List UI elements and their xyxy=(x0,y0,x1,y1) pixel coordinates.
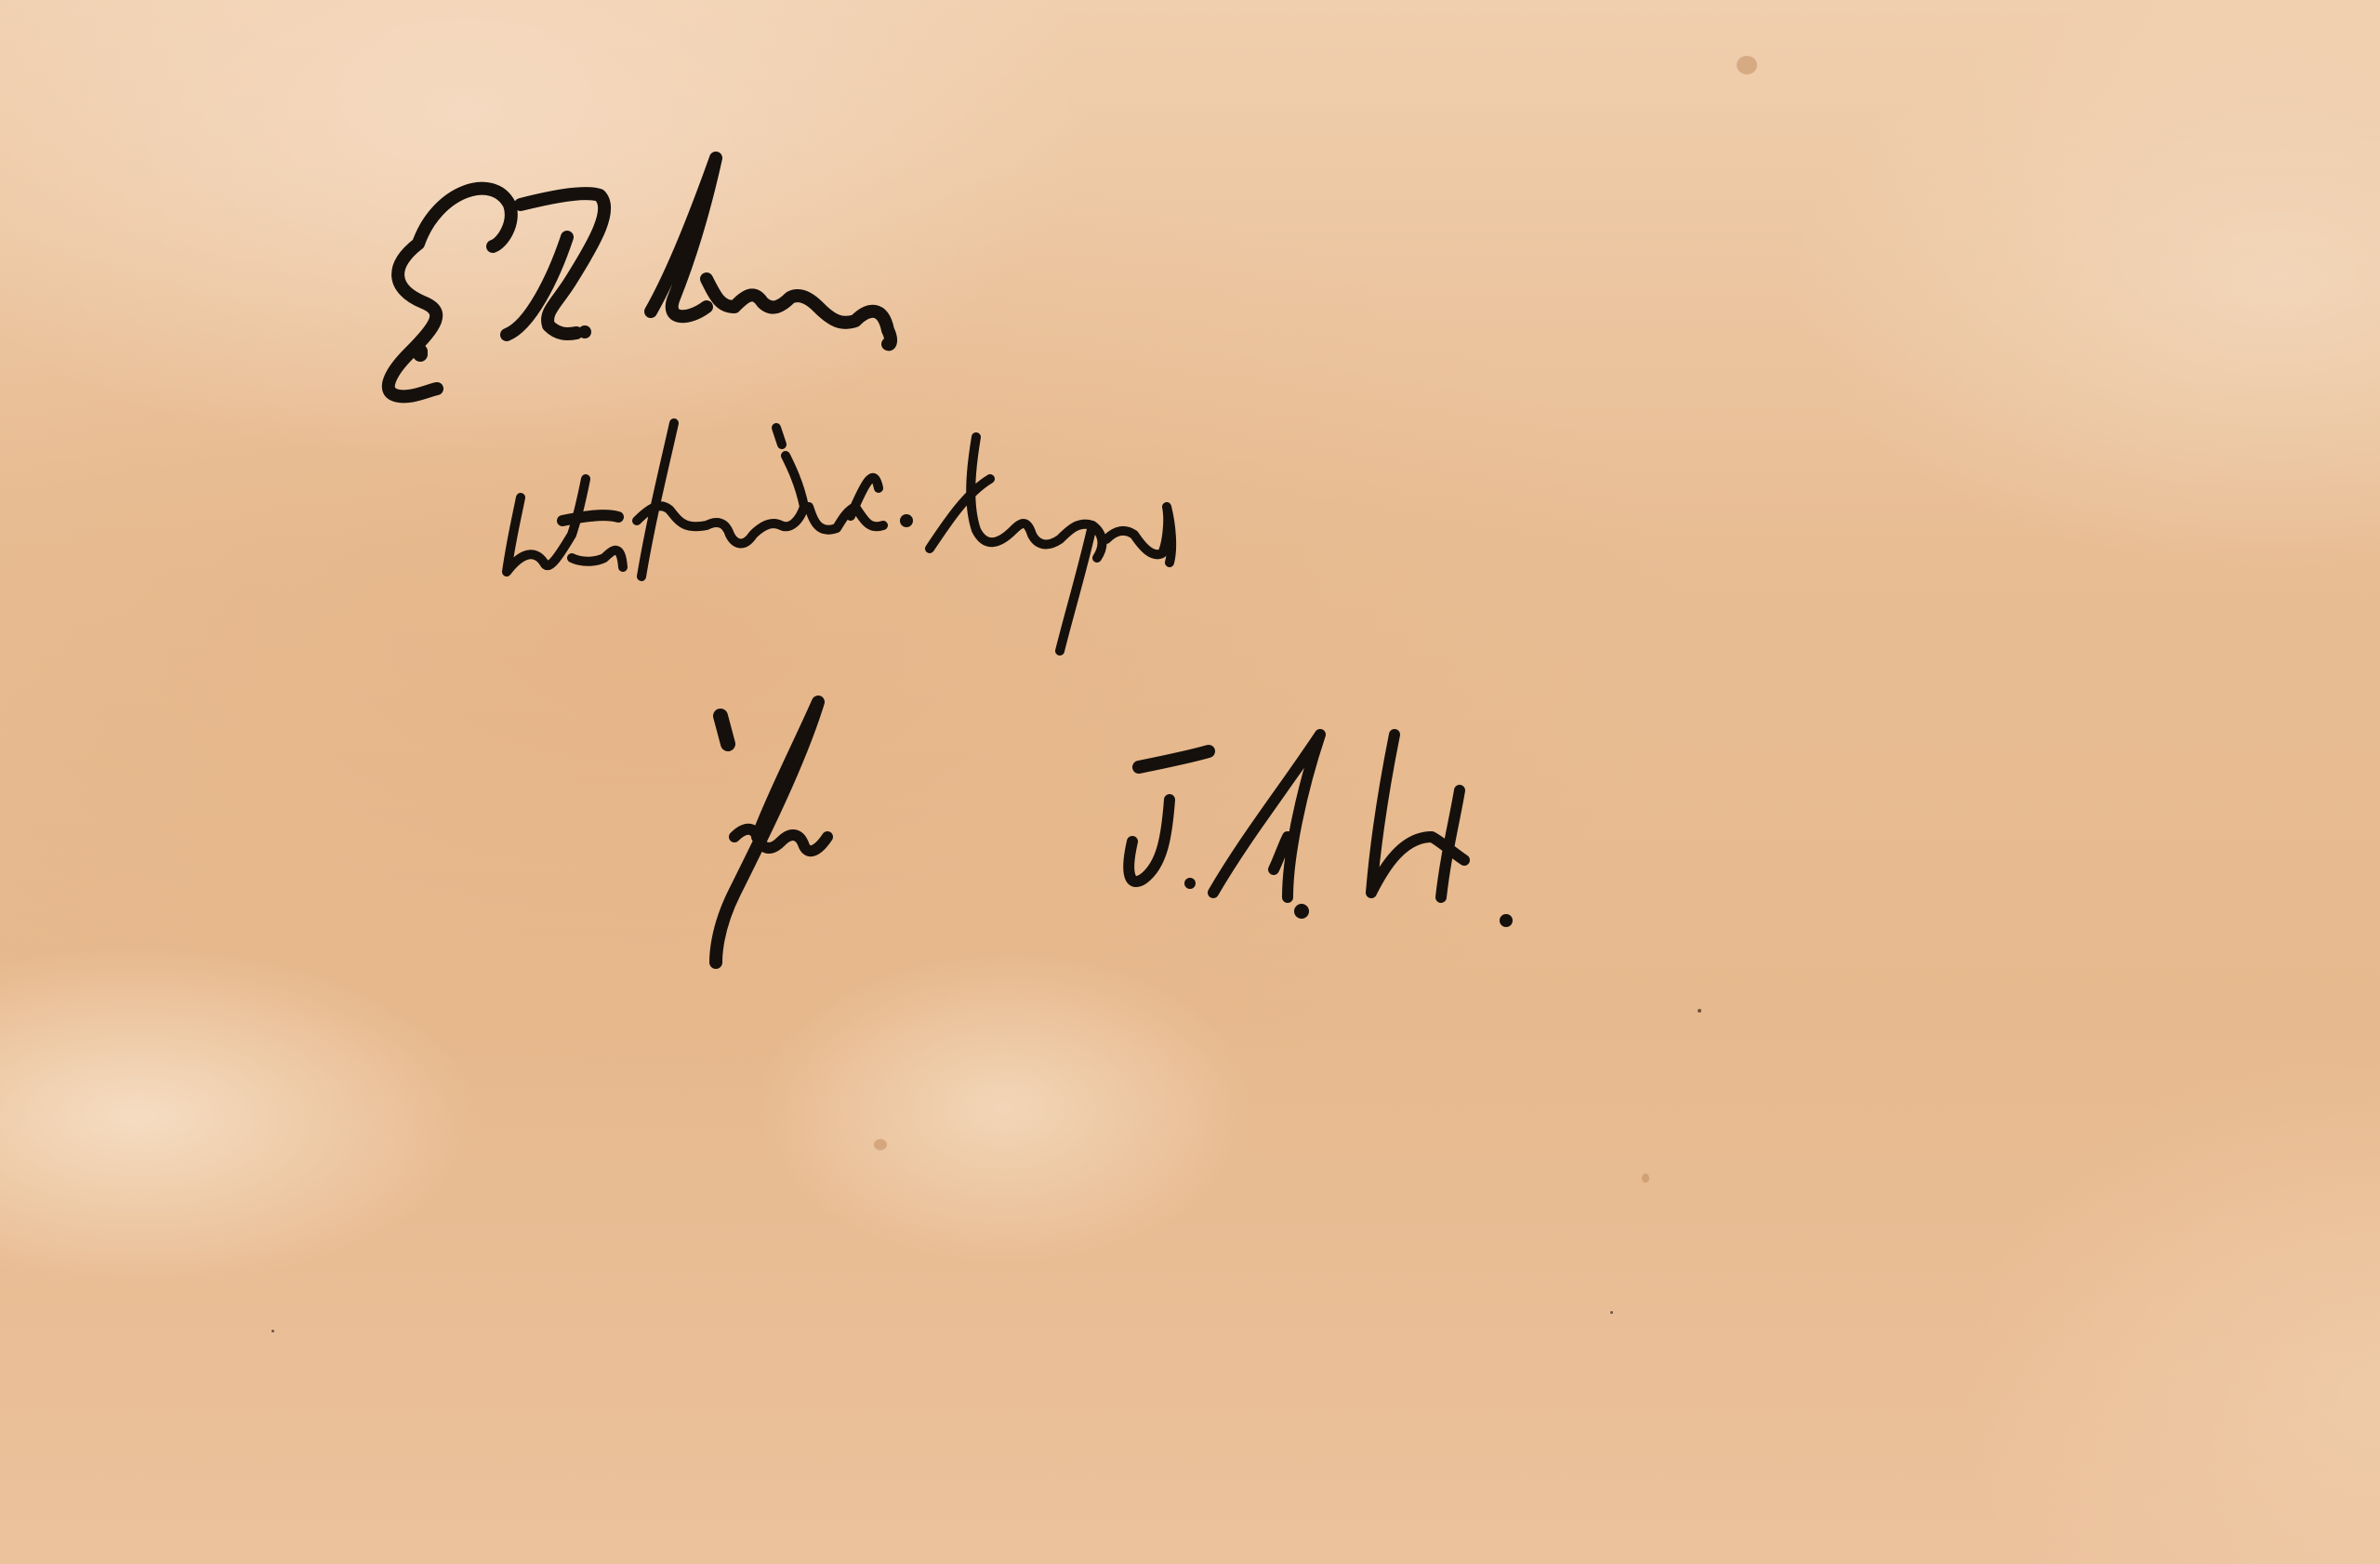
inscription-line-3-ink xyxy=(716,702,1513,962)
aged-paper-page: E. R. Cross with kindest regards from J.… xyxy=(0,0,2380,1564)
inscription-line-2-ink xyxy=(507,423,1171,651)
handwritten-inscription xyxy=(0,0,2380,1564)
inscription-line-1-ink xyxy=(389,158,891,396)
